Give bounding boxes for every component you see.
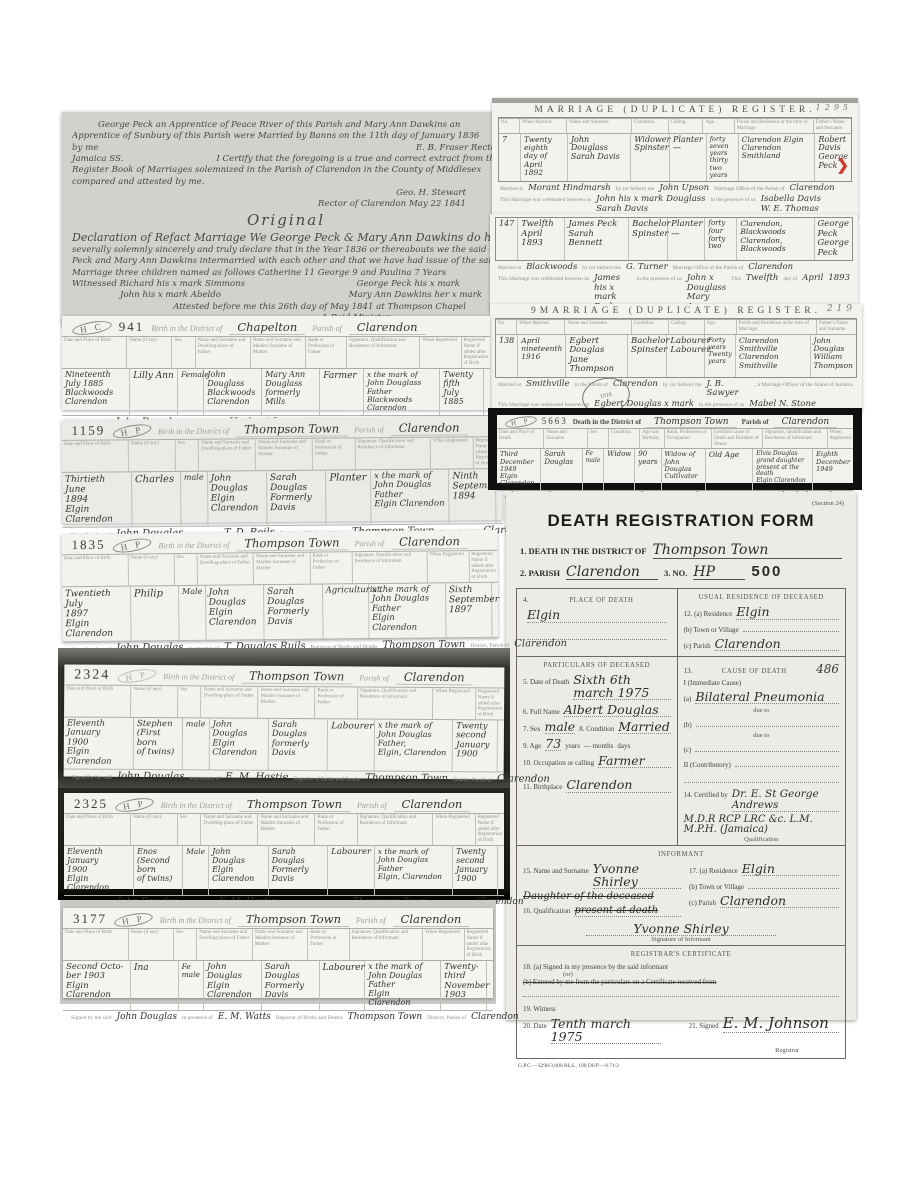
parish-value: Clarendon [396, 670, 473, 686]
column-headers: Date and Place of Death Name and Surname… [497, 428, 853, 449]
header-calling: Calling. [669, 320, 705, 334]
marriage-day: Twelfth [746, 274, 778, 284]
married-at-value: Smithville [526, 380, 569, 390]
header-when-registered: When Registered [427, 551, 469, 582]
header-father: Name and Surname and Dwelling-place of F… [202, 686, 259, 717]
parish-label: 2. PARISH [520, 568, 560, 578]
cell-informant: x the mark of John Douglas Father, Elgin… [375, 719, 454, 771]
header-age: Age. [703, 119, 734, 133]
informant-parish-label: (c) Parish [689, 899, 716, 907]
header-name-surname: Name and Surname. [567, 119, 632, 133]
header-informant: Signature, Qualification and Residence o… [347, 337, 420, 368]
rector-signature: E. B. Fraser Rector [416, 143, 500, 154]
district-value: Thompson Town [646, 417, 736, 428]
parish-value: Clarendon [394, 797, 471, 812]
district-value: Thompson Town [236, 535, 347, 551]
header-name: Name (if any) [129, 440, 176, 471]
header-name: Name (if any) [128, 554, 174, 585]
cell-when-married: April nineteenth 1916 [518, 335, 566, 377]
parish-label: Parish of [742, 418, 769, 426]
informant-parish-value: Clarendon [720, 894, 839, 908]
bride-mark: Mary Ann Dawkins her x mark [349, 290, 500, 301]
cause-a-label: (a) [684, 695, 692, 703]
signed-in-presence-label: 18. (a) Signed in my presence by the sai… [523, 963, 839, 971]
header-informant: Signature, Qualification and Residence o… [358, 814, 434, 845]
by-me-label: by (or before) me [663, 382, 702, 388]
marriage-register-1893: 147 Twelfth April 1893 James Peck Sarah … [490, 214, 858, 308]
residence-label: 12. (a) Residence [684, 610, 733, 618]
condition-value: Married [618, 720, 670, 734]
scanned-documents-collage: { "shared": { "birth_title_prefix": "Bir… [0, 0, 918, 1188]
declaration-line: by meE. B. Fraser Rector [72, 143, 500, 154]
cell-informant: x the mark of John Douglas Father Elgin … [371, 469, 450, 524]
witness-line: Witnessed Richard his x mark SimmonsGeor… [72, 279, 500, 290]
birth-record-2325-scan: 2325 H P Birth in the District of Thomps… [58, 788, 510, 900]
header-name: Name (if any) [131, 814, 178, 845]
cell-name: Sarah Douglas [541, 449, 582, 489]
witness-signatures: Isabella Davis W. E. Thomas [761, 195, 821, 215]
registrar-signature: E. M. Johnson [723, 1016, 839, 1033]
years-label: years [565, 742, 580, 750]
cell-date-place: Second Octo- ber 1903 Elgin Clarendon [63, 961, 131, 1010]
birth-record-1159: 1159 H P Birth in the District of Thomps… [62, 416, 503, 524]
struck-entered-by-label: (b) Entered by me from the particulars o… [523, 978, 839, 986]
office-parish-value: Clarendon [790, 184, 835, 194]
informant-town-label: (b) Town or Village [689, 883, 744, 891]
header-father: Name and Surname and Dwelling-place of F… [199, 439, 256, 470]
title-prefix: Birth in the District of [163, 672, 234, 681]
district-footer-value: Thompson Town [365, 773, 448, 785]
header-date-place: Date and Place of Birth [64, 685, 131, 716]
witness-signature: John his x mark Abeldo [72, 290, 221, 301]
title-prefix: Birth in the District of [160, 916, 231, 925]
birth-record-2325: 2325 H P Birth in the District of Thomps… [64, 793, 504, 889]
registrar-label: Registrar of Births and Deaths [293, 776, 360, 782]
header-sex: Sex [174, 554, 198, 585]
cell-when-registered: Twenty- third November 1903 [441, 961, 487, 1010]
header-mother: Name and Surname and Maiden Surname of M… [253, 929, 309, 960]
witness-label: 19. Witness [523, 1005, 556, 1013]
informant-signature: Yvonne Shirley [586, 922, 776, 936]
header-age: Age. [705, 320, 737, 334]
header-rank: Rank or Profession of Father [315, 814, 357, 845]
declaration-line: Apprentice of Sunbury of this Parish wer… [72, 131, 500, 142]
informant-residence-label: 17. (a) Residence [689, 867, 738, 875]
qualification-label: Qualification [684, 836, 839, 843]
parish-value: Clarendon [774, 417, 838, 428]
field4-number: 4. [523, 596, 528, 604]
header-date-place: Date and Place of Birth [64, 814, 131, 845]
declaration-line: severally solemnly sincerely and truly d… [72, 245, 500, 256]
registrar-certificate-section: Registrar's Certificate 18. (a) Signed i… [517, 945, 845, 1058]
header-parish-residence: Parish and Residence at the time of Marr… [737, 320, 818, 334]
attestation-line: Attested before me this 26th day of May … [72, 302, 500, 313]
parish-value: Clarendon [349, 320, 426, 335]
header-date-place: Date and Place of Birth [62, 440, 130, 471]
birth-record-3177: 3177 H P Birth in the District of Thomps… [63, 908, 493, 998]
header-when-married: When Married. [517, 320, 565, 334]
header-informant: Signature, Qualification and Residence o… [352, 551, 427, 583]
declaration-line: Peck and Mary Ann Dawkins intermarried w… [72, 256, 500, 267]
header-registered-name: Registered Name if added after Registrat… [476, 814, 504, 845]
cause-header: Cause of Death [696, 665, 812, 676]
declaration-line: compared and attested by me. [72, 177, 500, 188]
original-heading: Original [72, 211, 500, 231]
parish-label: Parish of [312, 324, 342, 333]
cell-date-place: Nineteenth July 1885 Blackwoods Clarendo… [62, 369, 130, 415]
field13-number: 13. [684, 667, 693, 675]
birth-record-2324: 2324 H P Birth in the District of Thomps… [64, 664, 505, 779]
header-rank: Rank or Profession of Father [308, 929, 349, 960]
parish-value: Clarendon [393, 912, 470, 927]
header-father: Father's Name and Surname. [814, 119, 851, 133]
certified-by-label: 14. Certified by [684, 791, 728, 799]
header-date-place: Date and Place of Birth [62, 555, 129, 586]
death-record-strip-1949: H P 5663 Death in the District of Thomps… [488, 408, 862, 490]
cell-date-place: Eleventh January 1900 Elgin Clarendon [64, 846, 134, 895]
cell-name: Philip [131, 586, 180, 641]
cell-mother: Sarah Douglas Formerly Davis [262, 961, 320, 1010]
birth-record-1835: 1835 H P Birth in the District of Thomps… [61, 530, 498, 643]
cell-when-registered: Twenty second January 1900 [453, 846, 498, 895]
district-footer-value: Thompson Town [348, 1012, 422, 1022]
sex-value: male [545, 720, 576, 734]
married-at-value: Morant Hindmarsh [528, 184, 611, 194]
header-when-registered: When Registered [423, 929, 464, 960]
usual-residence-header: Usual Residence of Deceased [684, 591, 839, 602]
declaration-line: Marriage three children named as follows… [72, 268, 500, 279]
header-no: No. [499, 119, 520, 133]
header-name: Name (if any) [131, 686, 178, 717]
declaration-line: Rector of Clarendon May 22 1841 [72, 199, 500, 210]
cell-sex: Male [183, 846, 209, 895]
date-of-death-value: Sixth 6th march 1975 [573, 673, 670, 700]
header-rank: Rank, Profession or Occupation [665, 429, 712, 448]
informant-name-label: 15. Name and Surname [523, 867, 589, 875]
header-date-place: Date and Place of Birth [63, 929, 129, 960]
cell-age: forty seven years thirty two years [707, 134, 739, 182]
presence-label: in presence of [182, 1015, 213, 1021]
header-when-registered: When Registered [433, 688, 476, 719]
cell-mother: Sarah Douglas Formerly Davis [267, 470, 327, 525]
marriage-officer-label: , a Marriage Officer of the Island of Ja… [755, 382, 854, 388]
district-label: 1. DEATH IN THE DISTRICT OF [520, 546, 647, 556]
record-number: 5663 [542, 416, 568, 426]
column-headers: Date and Place of Birth Name (if any) Se… [64, 684, 504, 720]
cell-father: John Douglas Elgin Clarendon [204, 961, 262, 1010]
register-row: 138 April nineteenth 1916 Egbert Douglas… [496, 335, 856, 377]
cell-when-registered: Eighth December 1949 [813, 449, 853, 489]
due-to-label: due to [684, 732, 839, 739]
sex-label: 7. Sex [523, 725, 541, 733]
header-registered-name: Registered Name if added after Registrat… [476, 688, 505, 719]
cell-registered-name [498, 720, 504, 772]
cause-b-label: (b) [684, 721, 692, 729]
birth-record-3177-scan: 3177 H P Birth in the District of Thomps… [60, 900, 496, 1004]
header-when-married: When Married. [520, 119, 567, 133]
death-strip-paper: H P 5663 Death in the District of Thomps… [497, 415, 853, 483]
form-body: 4.Place of Death Elgin Usual Residence o… [516, 588, 846, 1059]
town-label: (b) Town or Village [684, 626, 739, 634]
condition-label: 8. Condition [579, 725, 614, 733]
cell-informant: x the mark of John Douglas Father Elgin … [365, 961, 441, 1010]
header-condition: Condition [609, 429, 640, 448]
cell-sex: Fe male [583, 449, 605, 489]
header-informant: Signature, Qualification and Residence o… [355, 438, 431, 469]
record-number: 2325 [74, 796, 108, 812]
cell-when-registered: Twenty second January 1900 [453, 720, 498, 772]
particulars-cause-section: Particulars of Deceased 5. Date of Death… [517, 656, 845, 845]
header-rank: Rank or Profession of Father [315, 687, 358, 718]
certifier-name: Dr. E. St George Andrews [732, 789, 839, 812]
header-rank: Rank or Profession of Father [313, 438, 356, 469]
record-number: 2324 [74, 668, 110, 684]
cell-informant: x the mark of John Douglas Father Elgin,… [375, 846, 453, 895]
registrar-label: Registrar of Births and Deaths [276, 1015, 343, 1021]
column-headers: Date and Place of Birth Name (if any) Se… [62, 550, 498, 587]
presence-label: in presence of [189, 776, 220, 782]
marriage-year: 1893 [828, 274, 850, 284]
hp-stamp: H P [111, 422, 151, 441]
cell-mother: Mary Ann Douglass formerly Mills [262, 369, 320, 415]
full-name-label: 6. Full Name [523, 708, 560, 716]
header-sex: Sex [178, 686, 202, 717]
registrar-label: Registrar [523, 1047, 839, 1054]
header-no: No. [496, 320, 517, 334]
cell-date-place: Eleventh January 1900 Elgin Clarendon [64, 717, 134, 769]
cell-names: James Peck Sarah Bennett [565, 218, 629, 260]
red-arrow-icon: ❯ [836, 156, 849, 175]
witness-signature: Witnessed Richard his x mark Simmons [72, 279, 245, 290]
presence-label: in the presence of us [637, 276, 682, 282]
cell-name: Stephen (First born of twins) [134, 718, 183, 770]
declaration-text: by me [72, 143, 98, 154]
or-label: (or) [523, 971, 839, 978]
celebrated-label: This Marriage was celebrated between us [498, 276, 589, 282]
day-of-label: day of [783, 276, 797, 282]
cell-mother: Sarah Douglas formerly Davis [269, 719, 329, 771]
signed-label: Signed by the said [72, 775, 113, 781]
header-registered-name: Registered Name if added after Registrat… [462, 337, 490, 368]
parish-label: Parish of [354, 425, 384, 434]
particulars-header: Particulars of Deceased [523, 659, 671, 670]
birth-record-941: H C 941 Birth in the District of Chapelt… [62, 316, 490, 410]
record-footer: Signed by the said John Douglas in prese… [64, 769, 504, 788]
cell-calling: Labourer Labourer [667, 335, 705, 377]
title-prefix: Birth in the District of [158, 541, 229, 551]
immediate-cause-value: Bilateral Pneumonia [695, 690, 839, 704]
header-sex: Sex [174, 929, 197, 960]
cell-date-place: Thirtieth June 1894 Elgin Clarendon [62, 472, 132, 527]
date-of-death-label: 5. Date of Death [523, 678, 569, 686]
record-row: Second Octo- ber 1903 Elgin Clarendon In… [63, 961, 493, 1010]
office-label: Marriage Office of the Parish of [673, 265, 744, 271]
married-at-label: Married at [498, 382, 521, 388]
cell-registered-name [492, 582, 499, 636]
header-name: Name and Surname [544, 429, 588, 448]
header-name: Name (if any) [127, 337, 172, 368]
cell-name: Charles [132, 472, 181, 527]
stamp-year: 1916 [600, 391, 613, 399]
hp-stamp: H P [113, 911, 153, 930]
place-of-death-value: Elgin [527, 608, 667, 622]
parish-footer-value: Clarendon [471, 1012, 519, 1022]
cell-condition: Widower Spinster [631, 134, 670, 182]
declaration-text: I Certify that the foregoing is a true a… [216, 154, 500, 165]
parish-value: Clarendon [391, 534, 468, 550]
district-value: Thompson Town [653, 543, 842, 559]
cell-age: 90 years [635, 449, 661, 489]
officiant-signature: J. B. Sawyer [707, 380, 750, 400]
register-title-text: MARRIAGE (DUPLICATE) REGISTER. [534, 105, 815, 115]
district-value: Thompson Town [239, 797, 350, 812]
marriage-register-1892: MARRIAGE (DUPLICATE) REGISTER. 1295 No. … [492, 98, 858, 217]
parish-footer-value: Clarendon [514, 638, 567, 650]
cell-sex: male [183, 718, 210, 770]
registration-number: 500 [751, 563, 782, 580]
header-father: Name and Surname and Dwelling-place of F… [198, 553, 255, 584]
cell-name: Ina [131, 961, 179, 1010]
cell-father: John Douglas Elgin Clarendon [209, 718, 269, 770]
record-row: Eleventh January 1900 Elgin Clarendon St… [64, 717, 504, 772]
occupation-label: 10. Occupation or calling [523, 759, 594, 767]
parish-field-value: Clarendon [715, 637, 839, 651]
parish-label: Parish of [356, 916, 386, 925]
cell-rank: Agriculturist [323, 584, 370, 639]
informant-signature: John Douglas [116, 1012, 177, 1022]
record-row: Eleventh January 1900 Elgin Clarendon En… [64, 846, 504, 895]
hp-stamp: H P [114, 796, 154, 815]
header-cause: Certified cause of Death and Duration of… [712, 429, 763, 448]
header-mother: Name and Surname and Maiden Surname of M… [251, 337, 306, 368]
header-registered-name: Registered Name if added after Registrat… [469, 551, 498, 582]
district-value: Thompson Town [241, 669, 352, 685]
place-of-death-header: Place of Death [532, 594, 670, 605]
hp-stamp: H P [112, 536, 152, 555]
number-label: 3. NO. [664, 568, 687, 578]
this-label: This [731, 276, 741, 282]
registrar-signature: E. M. Watts [218, 1012, 271, 1022]
cell-no: 147 [496, 218, 518, 260]
title-prefix: Death in the District of [573, 418, 641, 426]
cell-parish-residence: Clarendon, Blackwoods Clarendon, Blackwo… [737, 218, 814, 260]
cell-father: John Douglass Blackwoods Clarendon [204, 369, 262, 415]
cell-when-registered: Twenty fifth July 1885 [440, 369, 484, 415]
cell-sex: Female [178, 369, 204, 415]
header-when-registered: When Registered [828, 429, 853, 448]
cause-c-label: (c) [684, 746, 692, 754]
cell-father: John Douglas Elgin Clarendon [209, 846, 269, 895]
cell-age: Forty years Twenty years [705, 335, 736, 377]
office-label: Marriage Office of the Parish of [714, 186, 785, 192]
office-parish-value: Clarendon [748, 263, 793, 273]
cell-father: George Peck George Peck [815, 218, 852, 260]
parish-label: Parish of [357, 801, 387, 810]
header-sex: Sex [178, 814, 202, 845]
header-date-place: Date and Place of Birth [62, 337, 127, 368]
informant-name-value: Yvonne Shirley [593, 862, 681, 889]
title-prefix: Birth in the District of [151, 324, 222, 333]
header-mother: Name and Surname and Maiden Surname of M… [254, 553, 311, 584]
register-title-text: 9MARRIAGE (DUPLICATE) REGISTER. [531, 306, 821, 316]
header-parish-residence: Parish and Residence at the time of Marr… [735, 119, 814, 133]
column-headers: No. When Married. Name and Surname. Cond… [496, 319, 856, 335]
cell-when-married: Twenty eighth day of April 1892 [521, 134, 568, 182]
column-headers: Date and Place of Birth Name (if any) Se… [62, 436, 502, 473]
presence-label: in the presence of us [711, 197, 756, 203]
cell-rank: Planter [326, 470, 371, 525]
record-row: Third December 1949 Elgin Clarendon Sara… [497, 449, 853, 489]
header-mother: Name and Surname and Maiden Surname of M… [256, 439, 313, 470]
header-condition: Condition. [632, 119, 669, 133]
witness-line: John his x mark AbeldoMary Ann Dawkins h… [72, 290, 500, 301]
cell-rank: Labourer [328, 719, 375, 771]
cell-rank: Widow of John Douglas Cultivator [662, 449, 706, 489]
married-at-label: Married at [500, 186, 523, 192]
column-headers: No. When Married. Name and Surname. Cond… [499, 118, 851, 134]
cell-registered-name [498, 846, 504, 895]
cell-informant: x the mark of John Douglass Father Black… [364, 369, 440, 415]
record-title-line: H P 5663 Death in the District of Thomps… [497, 415, 853, 428]
marriage-month: April [802, 274, 823, 284]
age-value: 73 [545, 737, 561, 751]
header-age: Age last Birthday [640, 429, 664, 448]
months-label: — months [584, 742, 613, 750]
column-headers: Date and Place of Birth Name (if any) Se… [63, 928, 493, 961]
cell-rank: Labourer [328, 846, 375, 895]
parish-footer-value: Clarendon [497, 774, 550, 785]
declaration-of-marriage-document: George Peck an Apprentice of Peace River… [62, 112, 510, 326]
record-number: 1159 [72, 423, 106, 439]
cell-no: 7 [499, 134, 521, 182]
married-at-value: Blackwoods [526, 263, 577, 273]
header-informant: Signature, Qualification and Residence o… [763, 429, 828, 448]
register-title: MARRIAGE (DUPLICATE) REGISTER. 1295 [492, 103, 858, 117]
date-label: 20. Date [523, 1022, 547, 1030]
register-footer: Married at Smithville in the Parish of C… [490, 378, 862, 412]
cell-name: Enos (Second born of twins) [134, 846, 183, 895]
informant-residence-value: Elgin [742, 862, 839, 876]
record-row: Thirtieth June 1894 Elgin Clarendon Char… [62, 469, 502, 527]
cell-rank: Labourer [320, 961, 366, 1010]
cell-date-place: Twentieth July 1897 Elgin Clarendon [62, 586, 131, 641]
record-title-line: 3177 H P Birth in the District of Thomps… [63, 908, 493, 928]
record-row: Nineteenth July 1885 Blackwoods Clarendo… [62, 369, 490, 415]
cell-names: Egbert Douglas Jane Thompson [566, 335, 628, 377]
record-number: 1835 [71, 537, 105, 553]
header-mother: Name and Surname and Maiden Surname of M… [258, 814, 315, 845]
cell-informant: x the mark of John Douglas Father Elgin … [369, 583, 447, 638]
register-row: 7 Twenty eighth day of April 1892 John D… [499, 134, 851, 182]
registration-series: HP [693, 565, 745, 581]
cell-no: 138 [496, 335, 518, 377]
header-informant: Signature, Qualification and Residence o… [350, 929, 424, 960]
signed-label: 21. Signed [689, 1022, 719, 1030]
birthplace-value: Clarendon [566, 778, 670, 792]
header-rank: Rank or Profession of Father [310, 552, 352, 583]
cell-age: forty four forty two [705, 218, 737, 260]
days-label: days [617, 742, 630, 750]
birth-record-2324-scan: 2324 H P Birth in the District of Thomps… [58, 648, 510, 790]
cell-when-registered: Sixth September 1897 [446, 583, 493, 638]
header-rank: Rank or Profession of Father [306, 337, 347, 368]
cell-registered-name [487, 961, 493, 1010]
registrar-certificate-header: Registrar's Certificate [523, 948, 839, 959]
page-annotation: 1295 [816, 103, 852, 112]
celebrated-label: This Marriage was celebrated between us [500, 197, 591, 203]
header-when-registered: When Registered [420, 337, 461, 368]
couple-signatures: John his x mark Douglass Sarah Davis [596, 195, 705, 215]
